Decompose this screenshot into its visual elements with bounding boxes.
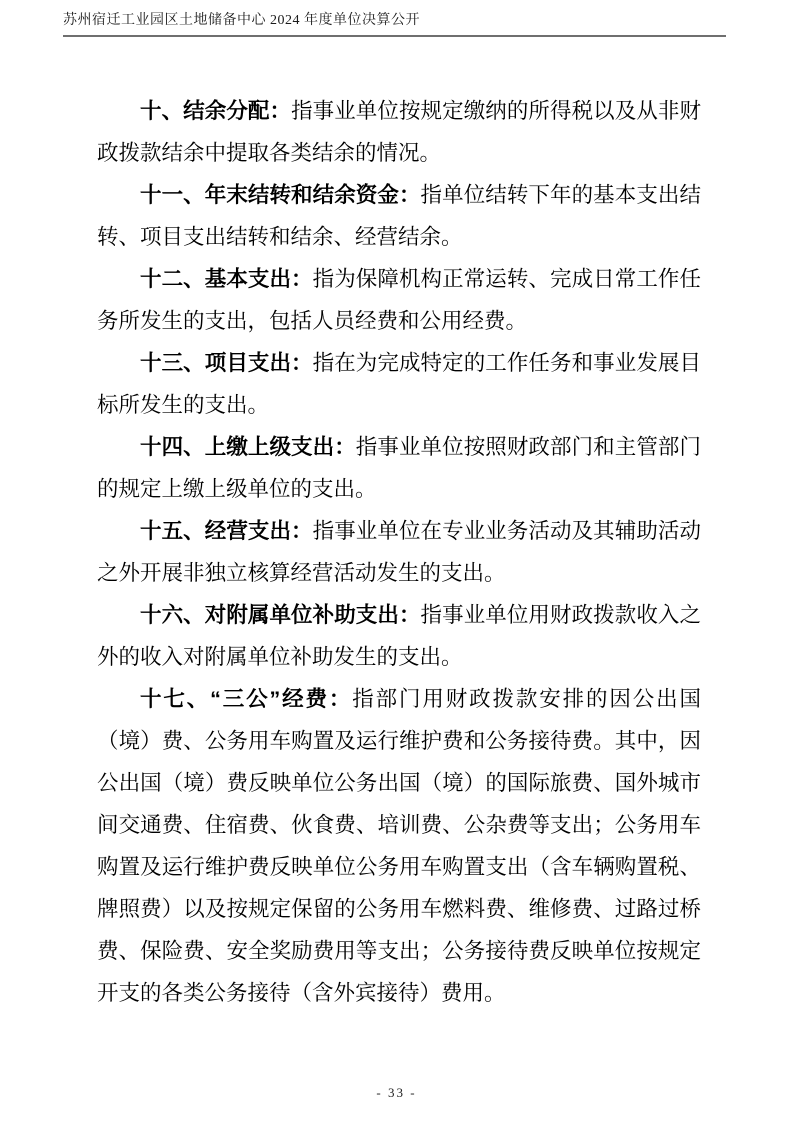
document-body: 十、结余分配：指事业单位按规定缴纳的所得税以及从非财政拨款结余中提取各类结余的情… <box>97 90 701 1014</box>
glossary-term: 十二、基本支出： <box>140 267 313 291</box>
glossary-paragraph: 十五、经营支出：指事业单位在专业业务活动及其辅助活动之外开展非独立核算经营活动发… <box>97 510 701 594</box>
glossary-paragraph: 十七、“三公”经费：指部门用财政拨款安排的因公出国（境）费、公务用车购置及运行维… <box>97 678 701 1014</box>
header-title: 苏州宿迁工业园区土地储备中心 2024 年度单位决算公开 <box>63 13 420 28</box>
page-footer: - 33 - <box>0 1085 793 1101</box>
page-number: - 33 - <box>376 1085 416 1100</box>
glossary-paragraph: 十一、年末结转和结余资金：指单位结转下年的基本支出结转、项目支出结转和结余、经营… <box>97 174 701 258</box>
glossary-term: 十三、项目支出： <box>140 351 313 375</box>
glossary-term: 十、结余分配： <box>140 99 291 123</box>
glossary-paragraph: 十六、对附属单位补助支出：指事业单位用财政拨款收入之外的收入对附属单位补助发生的… <box>97 594 701 678</box>
glossary-term: 十一、年末结转和结余资金： <box>140 183 421 207</box>
page-header: 苏州宿迁工业园区土地储备中心 2024 年度单位决算公开 <box>63 12 726 37</box>
glossary-paragraph: 十三、项目支出：指在为完成特定的工作任务和事业发展目标所发生的支出。 <box>97 342 701 426</box>
glossary-paragraph: 十二、基本支出：指为保障机构正常运转、完成日常工作任务所发生的支出，包括人员经费… <box>97 258 701 342</box>
glossary-term: 十五、经营支出： <box>140 519 313 543</box>
document-page: 苏州宿迁工业园区土地储备中心 2024 年度单位决算公开 十、结余分配：指事业单… <box>0 0 793 1122</box>
glossary-term: 十七、“三公”经费： <box>140 687 352 711</box>
glossary-definition: 指部门用财政拨款安排的因公出国（境）费、公务用车购置及运行维护费和公务接待费。其… <box>97 687 701 1005</box>
glossary-paragraph: 十、结余分配：指事业单位按规定缴纳的所得税以及从非财政拨款结余中提取各类结余的情… <box>97 90 701 174</box>
glossary-paragraph: 十四、上缴上级支出：指事业单位按照财政部门和主管部门的规定上缴上级单位的支出。 <box>97 426 701 510</box>
glossary-term: 十六、对附属单位补助支出： <box>140 603 421 627</box>
glossary-term: 十四、上缴上级支出： <box>140 435 356 459</box>
